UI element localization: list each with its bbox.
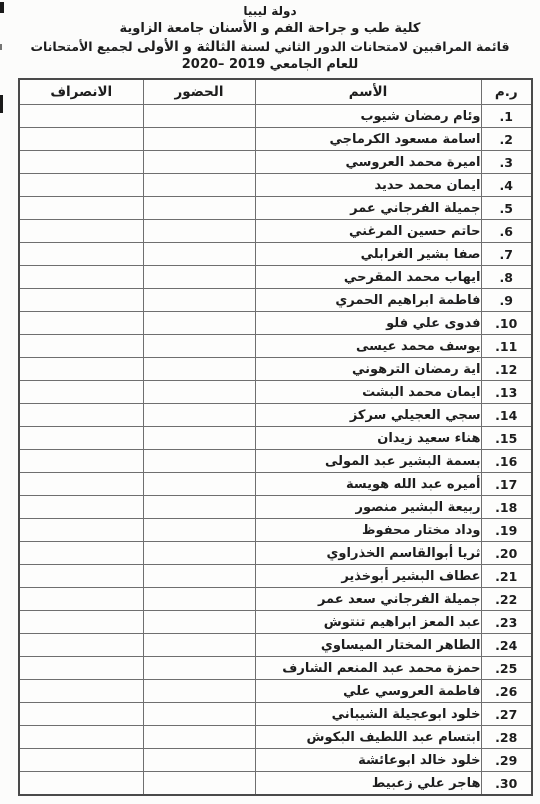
row-name-cell: فاطمة العروسي علي: [255, 680, 481, 703]
row-departure-cell: [19, 105, 143, 128]
table-row: .10فدوى علي فلو: [19, 312, 532, 335]
row-attendance-cell: [143, 427, 255, 450]
row-number-cell: .18: [481, 496, 532, 519]
row-departure-cell: [19, 565, 143, 588]
table-row: .1وئام رمضان شيوب: [19, 105, 532, 128]
table-row: .9فاطمة ابراهيم الحمري: [19, 289, 532, 312]
row-name-cell: صفا بشير الغرابلي: [255, 243, 481, 266]
row-attendance-cell: [143, 174, 255, 197]
row-name-cell: فدوى علي فلو: [255, 312, 481, 335]
table-row: .13ايمان محمد البشت: [19, 381, 532, 404]
row-departure-cell: [19, 404, 143, 427]
row-attendance-cell: [143, 404, 255, 427]
row-name-cell: حمزة محمد عبد المنعم الشارف: [255, 657, 481, 680]
table-row: .4ايمان محمد حديد: [19, 174, 532, 197]
row-attendance-cell: [143, 243, 255, 266]
row-departure-cell: [19, 657, 143, 680]
row-name-cell: يوسف محمد عيسى: [255, 335, 481, 358]
row-number-cell: .21: [481, 565, 532, 588]
row-departure-cell: [19, 312, 143, 335]
row-name-cell: أميره عبد الله هويسة: [255, 473, 481, 496]
invigilators-table: ر.م الأسم الحضور الانصراف .1وئام رمضان ش…: [18, 78, 533, 796]
row-attendance-cell: [143, 335, 255, 358]
row-name-cell: ايمان محمد البشت: [255, 381, 481, 404]
list-title: قائمة المراقبين لامتحانات الدور الثاني ل…: [0, 38, 540, 56]
row-number-cell: .6: [481, 220, 532, 243]
row-number-cell: .25: [481, 657, 532, 680]
col-header-name: الأسم: [255, 79, 481, 105]
row-departure-cell: [19, 197, 143, 220]
row-attendance-cell: [143, 634, 255, 657]
table-row: .12اية رمضان الترهوني: [19, 358, 532, 381]
row-attendance-cell: [143, 151, 255, 174]
row-attendance-cell: [143, 473, 255, 496]
row-number-cell: .2: [481, 128, 532, 151]
row-attendance-cell: [143, 588, 255, 611]
row-attendance-cell: [143, 726, 255, 749]
row-name-cell: جميلة الفرجاني عمر: [255, 197, 481, 220]
row-departure-cell: [19, 703, 143, 726]
row-attendance-cell: [143, 220, 255, 243]
row-departure-cell: [19, 542, 143, 565]
row-departure-cell: [19, 519, 143, 542]
table-row: .25حمزة محمد عبد المنعم الشارف: [19, 657, 532, 680]
row-name-cell: الطاهر المختار الميساوي: [255, 634, 481, 657]
table-row: .8ايهاب محمد المقرحي: [19, 266, 532, 289]
row-attendance-cell: [143, 312, 255, 335]
row-number-cell: .13: [481, 381, 532, 404]
row-departure-cell: [19, 427, 143, 450]
row-name-cell: سجي العجيلي سركز: [255, 404, 481, 427]
scan-edge-artifact: [0, 2, 4, 13]
col-header-number: ر.م: [481, 79, 532, 105]
table-header-row: ر.م الأسم الحضور الانصراف: [19, 79, 532, 105]
row-name-cell: هناء سعيد زيدان: [255, 427, 481, 450]
table-row: .19وداد مختار محفوظ: [19, 519, 532, 542]
table-row: .27خلود ابوعجيلة الشيباني: [19, 703, 532, 726]
row-name-cell: ايهاب محمد المقرحي: [255, 266, 481, 289]
row-name-cell: جميلة الفرجاني سعد عمر: [255, 588, 481, 611]
row-departure-cell: [19, 634, 143, 657]
row-name-cell: خلود خالد ابوعائشة: [255, 749, 481, 772]
row-attendance-cell: [143, 381, 255, 404]
row-departure-cell: [19, 680, 143, 703]
academic-year-line: للعام الجامعي 2019 –2020: [0, 56, 540, 73]
row-number-cell: .14: [481, 404, 532, 427]
row-departure-cell: [19, 772, 143, 796]
table-row: .29خلود خالد ابوعائشة: [19, 749, 532, 772]
row-departure-cell: [19, 151, 143, 174]
row-attendance-cell: [143, 749, 255, 772]
row-number-cell: .5: [481, 197, 532, 220]
row-departure-cell: [19, 496, 143, 519]
row-attendance-cell: [143, 496, 255, 519]
row-attendance-cell: [143, 703, 255, 726]
list-title-years-emphasis: الثالثة و الأولى: [137, 39, 236, 55]
row-attendance-cell: [143, 772, 255, 796]
row-name-cell: وداد مختار محفوظ: [255, 519, 481, 542]
row-attendance-cell: [143, 680, 255, 703]
table-row: .5جميلة الفرجاني عمر: [19, 197, 532, 220]
row-number-cell: .29: [481, 749, 532, 772]
row-departure-cell: [19, 220, 143, 243]
row-attendance-cell: [143, 519, 255, 542]
row-number-cell: .22: [481, 588, 532, 611]
row-number-cell: .12: [481, 358, 532, 381]
table-body: .1وئام رمضان شيوب.2اسامة مسعود الكرماجي.…: [19, 105, 532, 796]
row-attendance-cell: [143, 289, 255, 312]
table-row: .24الطاهر المختار الميساوي: [19, 634, 532, 657]
list-title-suffix: لجميع الأمتحانات: [30, 39, 137, 54]
row-number-cell: .24: [481, 634, 532, 657]
row-departure-cell: [19, 473, 143, 496]
row-number-cell: .16: [481, 450, 532, 473]
row-number-cell: .28: [481, 726, 532, 749]
table-row: .11يوسف محمد عيسى: [19, 335, 532, 358]
table-row: .16بسمة البشير عبد المولى: [19, 450, 532, 473]
row-number-cell: .9: [481, 289, 532, 312]
row-name-cell: ربيعة البشير منصور: [255, 496, 481, 519]
table-row: .6حاتم حسين المرغني: [19, 220, 532, 243]
row-name-cell: ابتسام عبد اللطيف البكوش: [255, 726, 481, 749]
row-departure-cell: [19, 611, 143, 634]
row-name-cell: عطاف البشير أبوخذير: [255, 565, 481, 588]
row-name-cell: اميرة محمد العروسي: [255, 151, 481, 174]
row-departure-cell: [19, 749, 143, 772]
row-attendance-cell: [143, 358, 255, 381]
row-number-cell: .10: [481, 312, 532, 335]
row-attendance-cell: [143, 266, 255, 289]
row-name-cell: وئام رمضان شيوب: [255, 105, 481, 128]
row-departure-cell: [19, 588, 143, 611]
row-departure-cell: [19, 289, 143, 312]
table-row: .18ربيعة البشير منصور: [19, 496, 532, 519]
row-departure-cell: [19, 243, 143, 266]
row-name-cell: اية رمضان الترهوني: [255, 358, 481, 381]
row-number-cell: .3: [481, 151, 532, 174]
row-name-cell: ايمان محمد حديد: [255, 174, 481, 197]
row-number-cell: .19: [481, 519, 532, 542]
row-number-cell: .11: [481, 335, 532, 358]
row-name-cell: هاجر علي زعبيط: [255, 772, 481, 796]
row-attendance-cell: [143, 105, 255, 128]
table-row: .15هناء سعيد زيدان: [19, 427, 532, 450]
list-title-prefix: قائمة المراقبين لامتحانات الدور الثاني ل…: [236, 39, 510, 54]
row-departure-cell: [19, 335, 143, 358]
row-name-cell: خلود ابوعجيلة الشيباني: [255, 703, 481, 726]
table-row: .2اسامة مسعود الكرماجي: [19, 128, 532, 151]
table-row: .17أميره عبد الله هويسة: [19, 473, 532, 496]
scan-edge-artifact: [0, 44, 2, 50]
row-name-cell: فاطمة ابراهيم الحمري: [255, 289, 481, 312]
table-row: .30هاجر علي زعبيط: [19, 772, 532, 796]
row-number-cell: .8: [481, 266, 532, 289]
row-number-cell: .26: [481, 680, 532, 703]
row-name-cell: ثريا أبوالقاسم الخذراوي: [255, 542, 481, 565]
table-row: .14سجي العجيلي سركز: [19, 404, 532, 427]
document-header: دولة ليبيا كلية طب و جراحة الفم و الأسنا…: [0, 0, 540, 73]
row-departure-cell: [19, 358, 143, 381]
row-attendance-cell: [143, 611, 255, 634]
row-number-cell: .1: [481, 105, 532, 128]
table-row: .28ابتسام عبد اللطيف البكوش: [19, 726, 532, 749]
row-departure-cell: [19, 266, 143, 289]
row-departure-cell: [19, 128, 143, 151]
row-number-cell: .17: [481, 473, 532, 496]
col-header-attendance: الحضور: [143, 79, 255, 105]
row-departure-cell: [19, 450, 143, 473]
row-number-cell: .15: [481, 427, 532, 450]
college-title: كلية طب و جراحة الفم و الأسنان جامعة الز…: [0, 20, 540, 38]
row-attendance-cell: [143, 657, 255, 680]
row-number-cell: .7: [481, 243, 532, 266]
table-row: .20ثريا أبوالقاسم الخذراوي: [19, 542, 532, 565]
table-row: .23عبد المعز ابراهيم تنتوش: [19, 611, 532, 634]
row-name-cell: بسمة البشير عبد المولى: [255, 450, 481, 473]
country-title: دولة ليبيا: [0, 3, 540, 20]
row-departure-cell: [19, 174, 143, 197]
row-attendance-cell: [143, 565, 255, 588]
row-departure-cell: [19, 726, 143, 749]
row-number-cell: .23: [481, 611, 532, 634]
row-attendance-cell: [143, 128, 255, 151]
row-departure-cell: [19, 381, 143, 404]
table-row: .22جميلة الفرجاني سعد عمر: [19, 588, 532, 611]
col-header-departure: الانصراف: [19, 79, 143, 105]
row-number-cell: .20: [481, 542, 532, 565]
row-number-cell: .30: [481, 772, 532, 796]
table-row: .7صفا بشير الغرابلي: [19, 243, 532, 266]
row-attendance-cell: [143, 197, 255, 220]
table-row: .21عطاف البشير أبوخذير: [19, 565, 532, 588]
row-number-cell: .4: [481, 174, 532, 197]
scan-edge-artifact: [0, 95, 3, 113]
table-row: .3اميرة محمد العروسي: [19, 151, 532, 174]
table-row: .26فاطمة العروسي علي: [19, 680, 532, 703]
row-attendance-cell: [143, 450, 255, 473]
row-name-cell: عبد المعز ابراهيم تنتوش: [255, 611, 481, 634]
row-attendance-cell: [143, 542, 255, 565]
row-name-cell: حاتم حسين المرغني: [255, 220, 481, 243]
row-name-cell: اسامة مسعود الكرماجي: [255, 128, 481, 151]
row-number-cell: .27: [481, 703, 532, 726]
